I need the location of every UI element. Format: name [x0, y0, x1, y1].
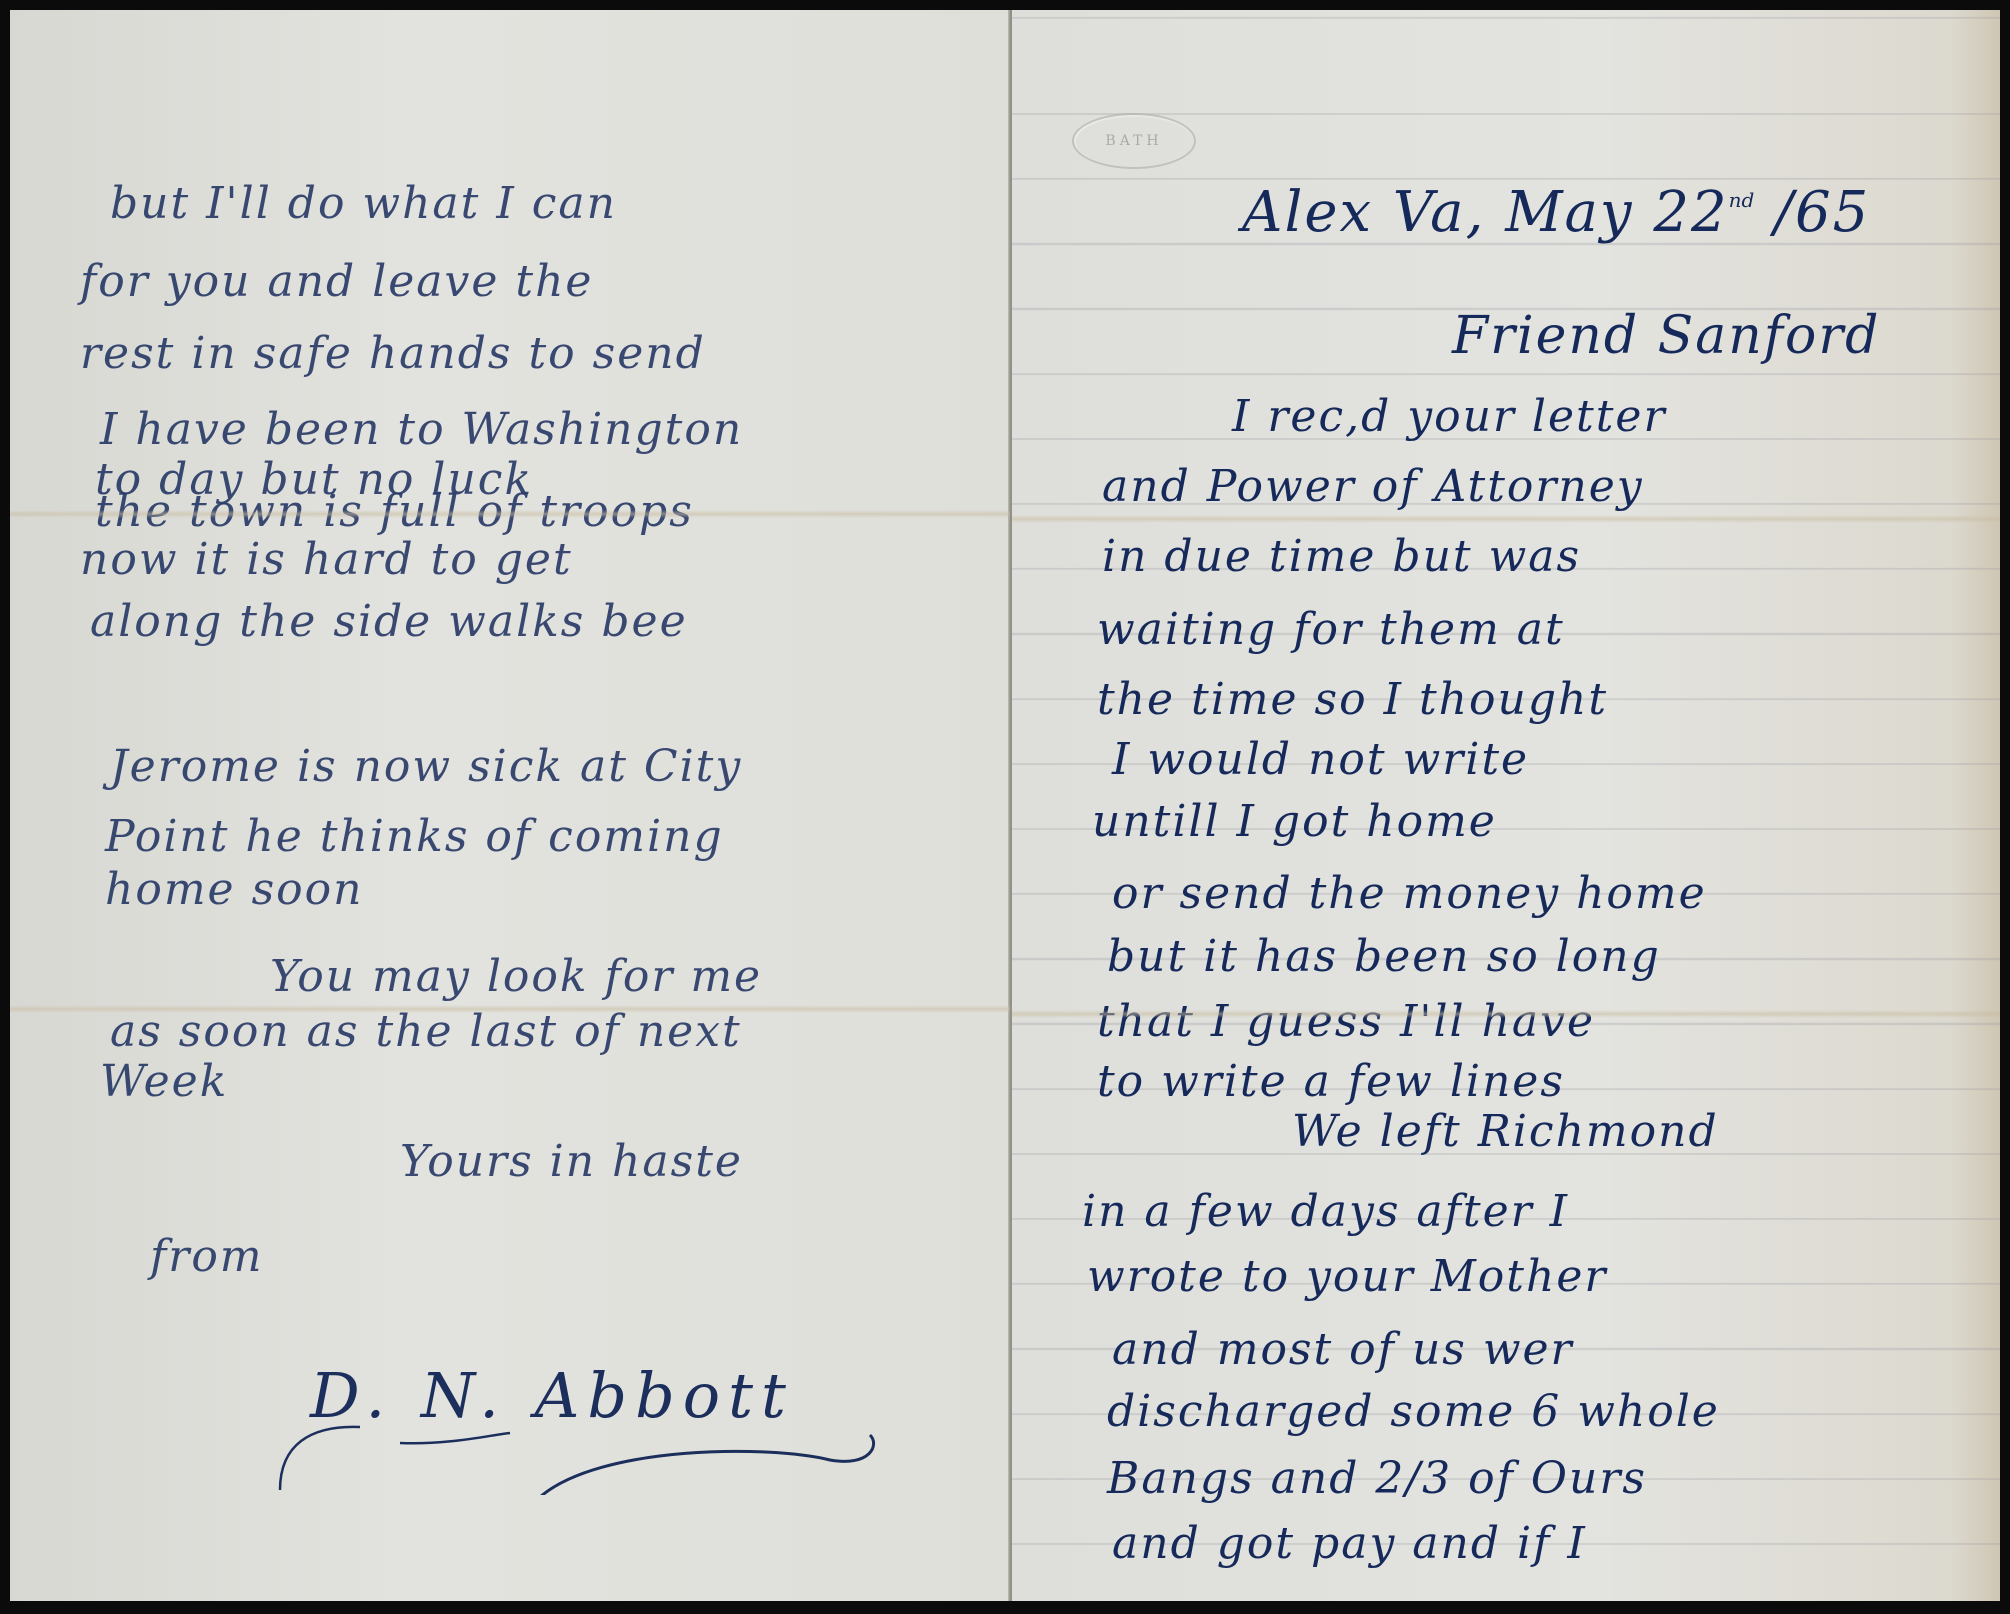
right-line-7: untill I got home	[1092, 800, 1497, 844]
right-line-17: Bangs and 2/3 of Ours	[1107, 1457, 1647, 1501]
left-line-9: Jerome is now sick at City	[110, 745, 742, 789]
left-line-10: Point he thinks of coming	[105, 815, 724, 859]
left-page: but I'll do what I can for you and leave…	[10, 10, 1010, 1601]
letter-sheet: but I'll do what I can for you and leave…	[10, 10, 2000, 1601]
right-line-11: to write a few lines	[1097, 1060, 1565, 1104]
right-line-16: discharged some 6 whole	[1107, 1390, 1720, 1434]
right-line-4: waiting for them at	[1097, 608, 1565, 652]
closing-yours-in-haste: Yours in haste	[400, 1140, 743, 1184]
horizontal-crease	[10, 510, 1010, 518]
left-line-1: but I'll do what I can	[110, 182, 617, 226]
left-line-8: along the side walks bee	[90, 600, 688, 644]
right-line-15: and most of us wer	[1112, 1328, 1574, 1372]
right-line-14: wrote to your Mother	[1087, 1255, 1607, 1299]
left-line-11: home soon	[105, 868, 363, 912]
dateline-place: Alex Va,	[1242, 180, 1485, 245]
left-line-12: You may look for me	[270, 955, 762, 999]
right-line-12: We left Richmond	[1292, 1110, 1719, 1154]
horizontal-crease	[1012, 515, 2000, 523]
left-line-3: rest in safe hands to send	[80, 332, 706, 376]
left-line-7: now it is hard to get	[80, 538, 573, 582]
dateline-month-day: May 22	[1505, 180, 1728, 245]
right-line-9: but it has been so long	[1107, 935, 1661, 979]
signature-flourish-icon	[270, 1405, 890, 1495]
horizontal-crease	[1012, 1010, 2000, 1018]
right-line-5: the time so I thought	[1097, 678, 1608, 722]
dateline-day-suffix: nd	[1729, 188, 1755, 212]
embossed-stamp: BATH	[1072, 113, 1196, 169]
right-line-6: I would not write	[1112, 738, 1529, 782]
right-line-2: and Power of Attorney	[1102, 465, 1644, 509]
left-line-4: I have been to Washington	[100, 408, 743, 452]
left-line-13: as soon as the last of next	[110, 1010, 742, 1054]
salutation: Friend Sanford	[1452, 310, 1880, 362]
right-line-10: that I guess I'll have	[1097, 1000, 1595, 1044]
closing-from: from	[150, 1235, 264, 1279]
left-line-14: Week	[100, 1060, 228, 1104]
dateline: Alex Va, May 22nd /65	[1242, 185, 1870, 241]
right-line-18: and got pay and if I	[1112, 1522, 1587, 1566]
right-line-13: in a few days after I	[1082, 1190, 1569, 1234]
left-line-2: for you and leave the	[80, 260, 593, 304]
dateline-year: /65	[1774, 180, 1870, 245]
right-line-1: I rec,d your letter	[1232, 395, 1666, 439]
right-page: BATH Alex Va, May 22nd /65 Friend Sanfor…	[1012, 10, 2000, 1601]
horizontal-crease	[10, 1005, 1010, 1013]
right-line-3: in due time but was	[1102, 535, 1581, 579]
right-line-8: or send the money home	[1112, 872, 1707, 916]
